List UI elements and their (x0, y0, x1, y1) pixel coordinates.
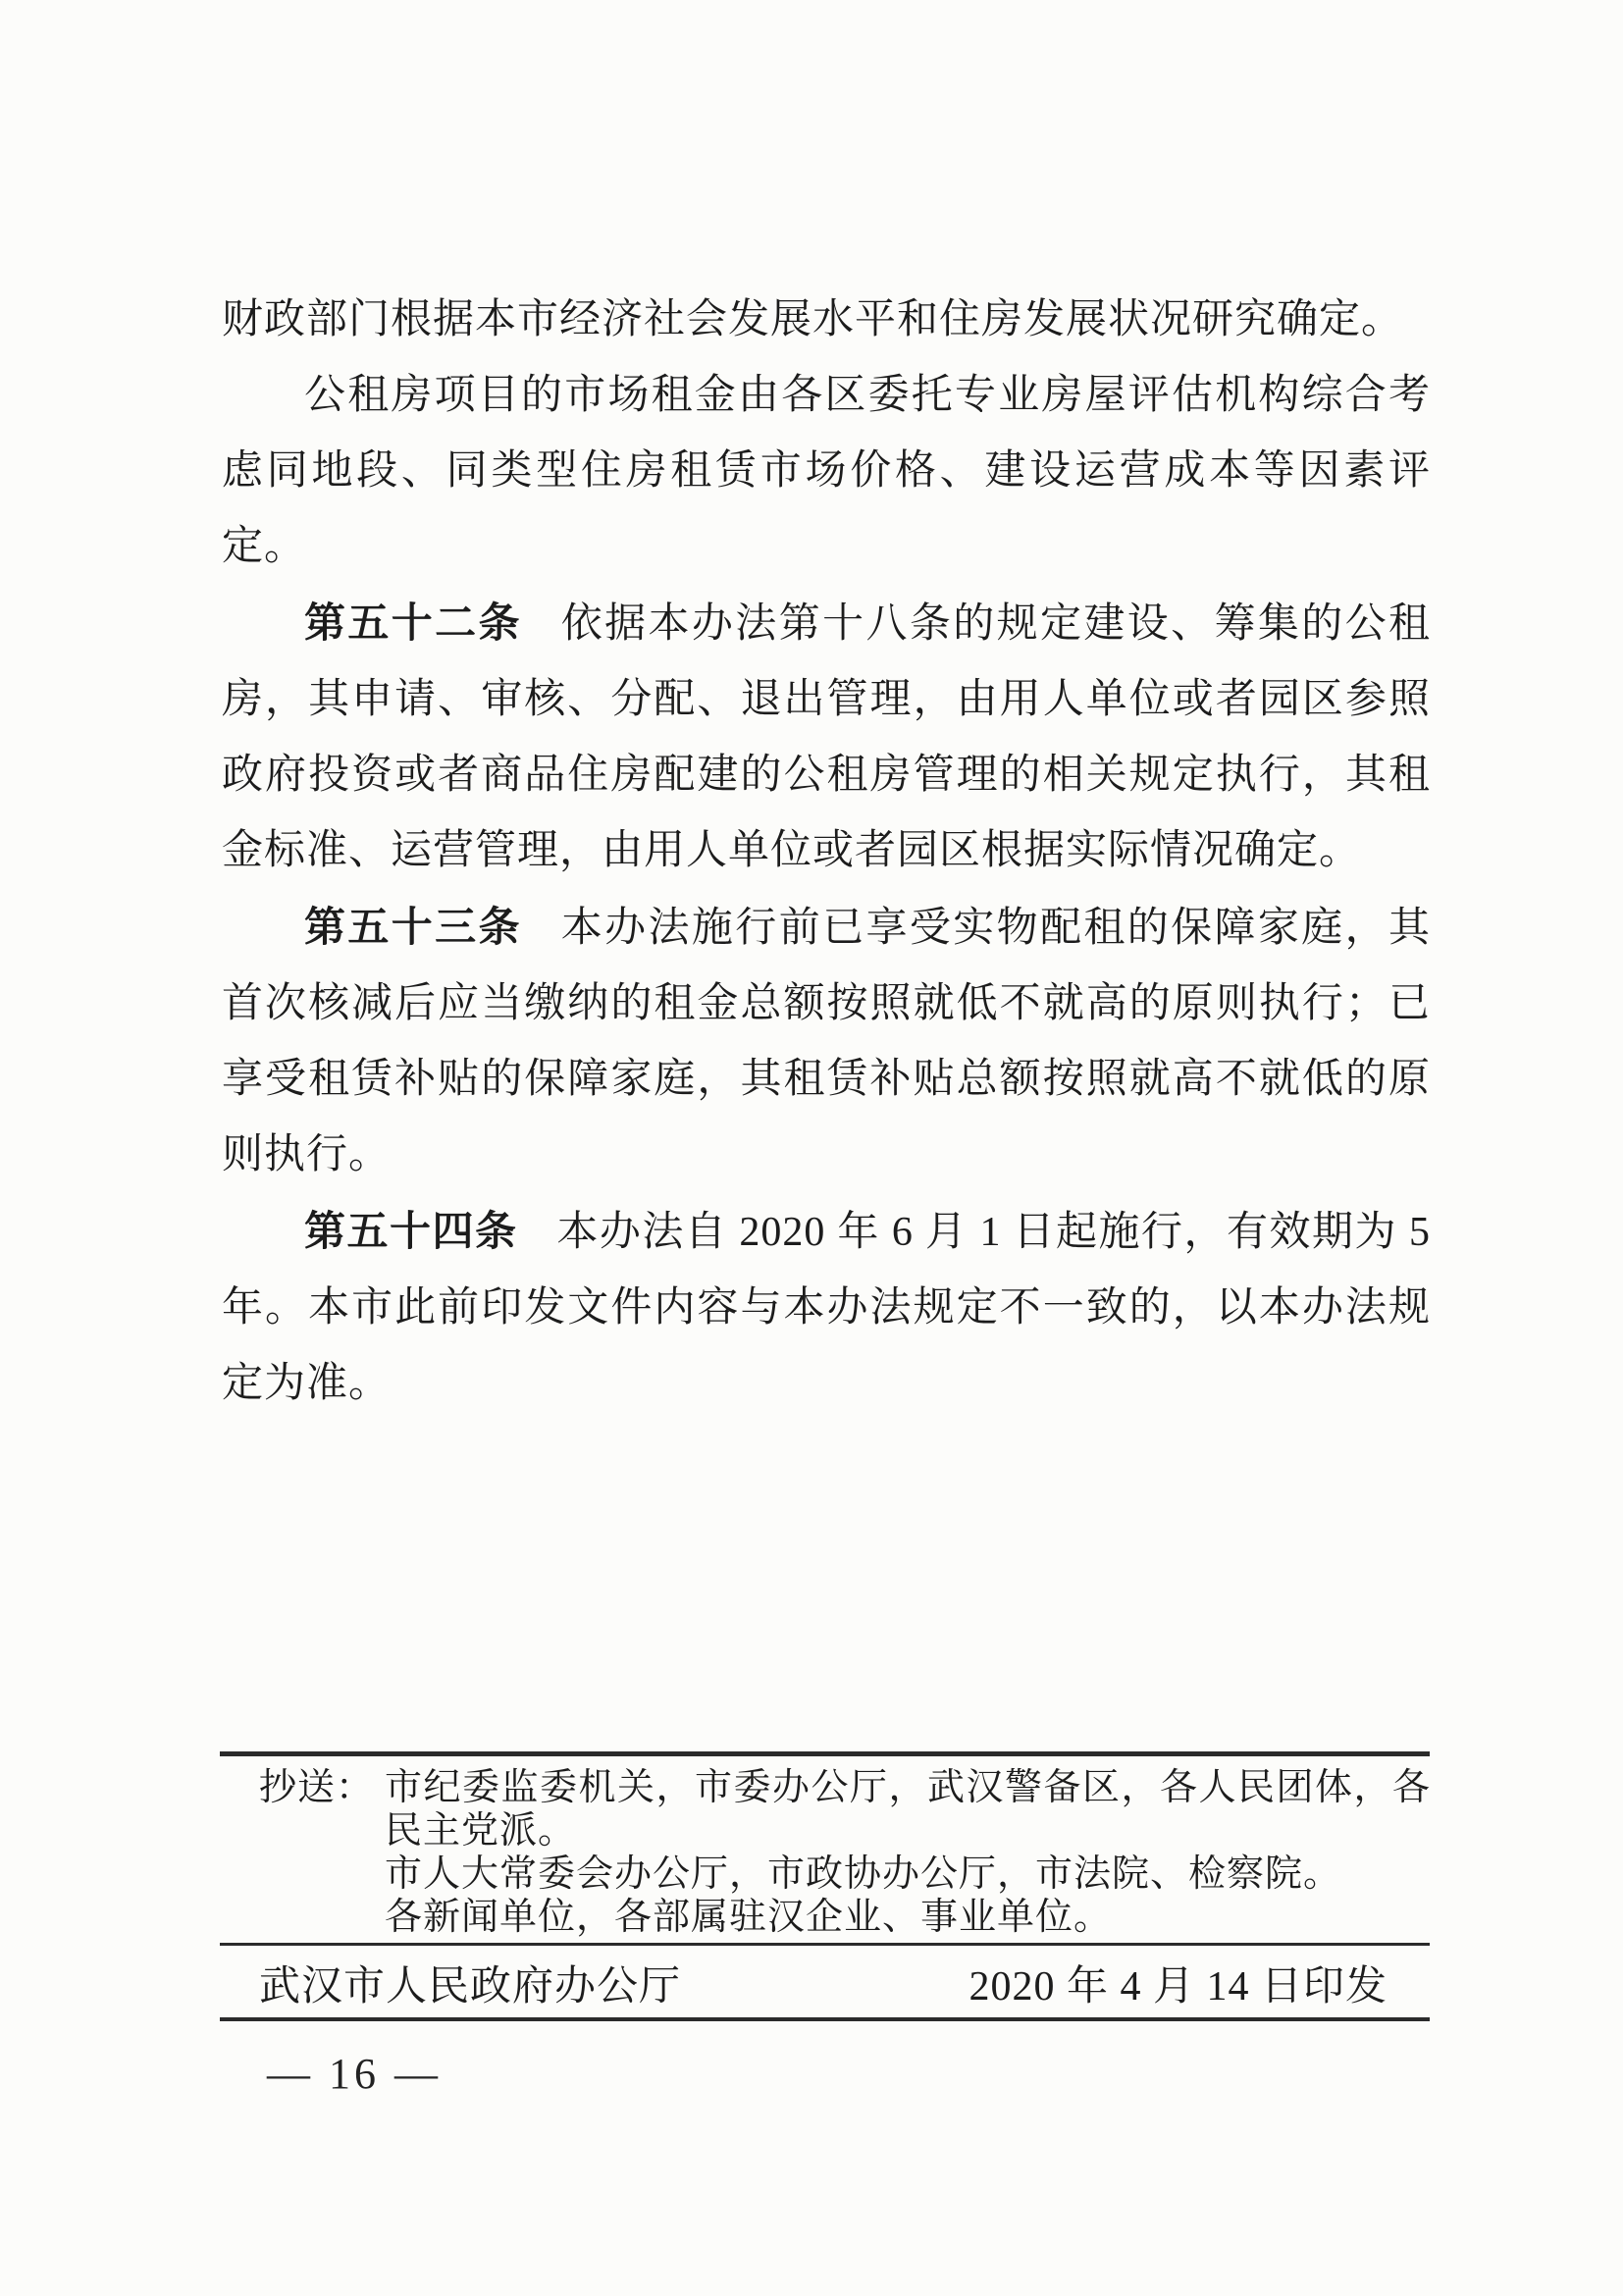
paragraph-text: 财政部门根据本市经济社会发展水平和住房发展状况研究确定。 (222, 297, 1403, 342)
print-date: 2020 年 4 月 14 日印发 (969, 1962, 1387, 2011)
page-number: — 16 — (267, 2051, 442, 2098)
copy-to-line: 市纪委监委机关，市委办公厅，武汉警备区，各人民团体，各民主党派。 (385, 1766, 1431, 1852)
issuing-office: 武汉市人民政府办公厅 (259, 1962, 681, 2011)
body-paragraph: 财政部门根据本市经济社会发展水平和住房发展状况研究确定。 (222, 283, 1431, 358)
paragraph-text: 公租房项目的市场租金由各区委托专业房屋评估机构综合考虑同地段、同类型住房租赁市场… (222, 373, 1431, 569)
document-page: 财政部门根据本市经济社会发展水平和住房发展状况研究确定。 公租房项目的市场租金由… (0, 0, 1623, 2296)
body-paragraph: 公租房项目的市场租金由各区委托专业房屋评估机构综合考虑同地段、同类型住房租赁市场… (222, 358, 1431, 585)
body-paragraph-article-54: 第五十四条本办法自 2020 年 6 月 1 日起施行，有效期为 5 年。本市此… (222, 1193, 1431, 1422)
copy-to-section: 抄送： 市纪委监委机关，市委办公厅，武汉警备区，各人民团体，各民主党派。 市人大… (259, 1766, 1433, 1939)
article-number: 第五十三条 (304, 904, 522, 950)
body-paragraph-article-53: 第五十三条本办法施行前已享受实物配租的保障家庭，其首次核减后应当缴纳的租金总额按… (222, 889, 1431, 1193)
copy-to-line: 各新闻单位，各部属驻汉企业、事业单位。 (385, 1896, 1431, 1939)
copy-to-label: 抄送： (259, 1766, 385, 1939)
article-number: 第五十二条 (304, 600, 522, 646)
article-number: 第五十四条 (304, 1208, 518, 1254)
document-body: 财政部门根据本市经济社会发展水平和住房发展状况研究确定。 公租房项目的市场租金由… (222, 283, 1431, 1422)
copy-to-line: 市人大常委会办公厅，市政协办公厅，市法院、检察院。 (385, 1852, 1431, 1896)
footer-top-rule (220, 1751, 1430, 1756)
footer-bottom-rule (220, 2017, 1430, 2021)
issuer-row: 武汉市人民政府办公厅 2020 年 4 月 14 日印发 (259, 1962, 1387, 2011)
body-paragraph-article-52: 第五十二条依据本办法第十八条的规定建设、筹集的公租房，其申请、审核、分配、退出管… (222, 585, 1431, 889)
copy-to-lines: 市纪委监委机关，市委办公厅，武汉警备区，各人民团体，各民主党派。 市人大常委会办… (385, 1766, 1431, 1939)
footer-middle-rule (220, 1943, 1430, 1946)
